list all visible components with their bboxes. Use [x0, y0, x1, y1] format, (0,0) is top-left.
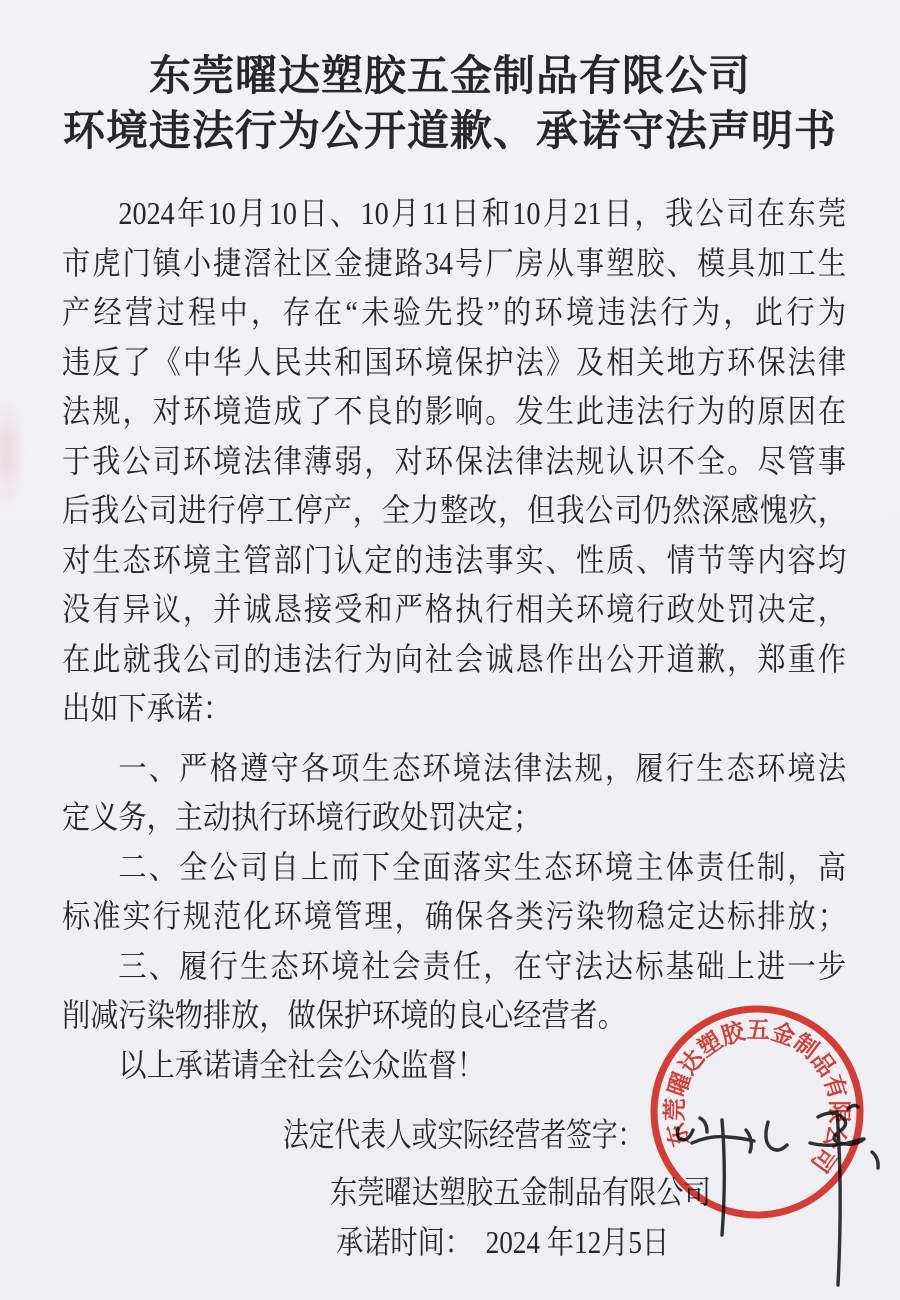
body-line: 市虎门镇小捷滘社区金捷路34号厂房从事塑胶、模具加工生	[62, 239, 846, 289]
document-title: 东莞曜达塑胶五金制品有限公司 环境违法行为公开道歉、承诺守法声明书	[0, 50, 900, 160]
body-line: 于我公司环境法律薄弱，对环保法律法规认识不全。尽管事	[62, 437, 846, 487]
body-line: 产经营过程中，存在“未验先投”的环境违法行为，此行为	[62, 288, 846, 338]
body-line: 出如下承诺：	[62, 684, 846, 734]
body-line: 违反了《中华人民共和国环境保护法》及相关地方环保法律	[62, 338, 846, 388]
scanned-document-page: 东莞曜达塑胶五金制品有限公司 环境违法行为公开道歉、承诺守法声明书 2024年1…	[0, 0, 900, 1300]
handwritten-signature	[610, 1095, 900, 1298]
body-line: 2024年10月10日、10月11日和10月21日，我公司在东莞	[62, 189, 846, 239]
body-line: 对生态环境主管部门认定的违法事实、性质、情节等内容均	[62, 536, 846, 586]
body-line: 定义务，主动执行环境行政处罚决定；	[62, 793, 846, 843]
scan-artifact-smudge	[0, 392, 24, 512]
body-line: 标准实行规范化环境管理，确保各类污染物稳定达标排放；	[62, 892, 846, 942]
body-line: 三、履行生态环境社会责任，在守法达标基础上进一步	[62, 942, 846, 992]
body-line: 二、全公司自上而下全面落实生态环境主体责任制，高	[62, 843, 846, 893]
body-line: 没有异议，并诚恳接受和严格执行相关环境行政处罚决定，	[62, 585, 846, 635]
body-line: 后我公司进行停工停产，全力整改，但我公司仍然深感愧疚，	[62, 486, 846, 536]
body-line: 在此就我公司的违法行为向社会诚恳作出公开道歉，郑重作	[62, 635, 846, 685]
body-line: 法规，对环境造成了不良的影响。发生此违法行为的原因在	[62, 387, 846, 437]
document-title-line-2: 环境违法行为公开道歉、承诺守法声明书	[0, 105, 900, 160]
document-title-line-1: 东莞曜达塑胶五金制品有限公司	[0, 50, 900, 105]
document-body: 2024年10月10日、10月11日和10月21日，我公司在东莞 市虎门镇小捷滘…	[62, 189, 846, 1090]
body-line: 一、严格遵守各项生态环境法律法规，履行生态环境法	[62, 744, 846, 794]
signer-signature-label: 法定代表人或实际经营者签字：	[283, 1120, 643, 1153]
